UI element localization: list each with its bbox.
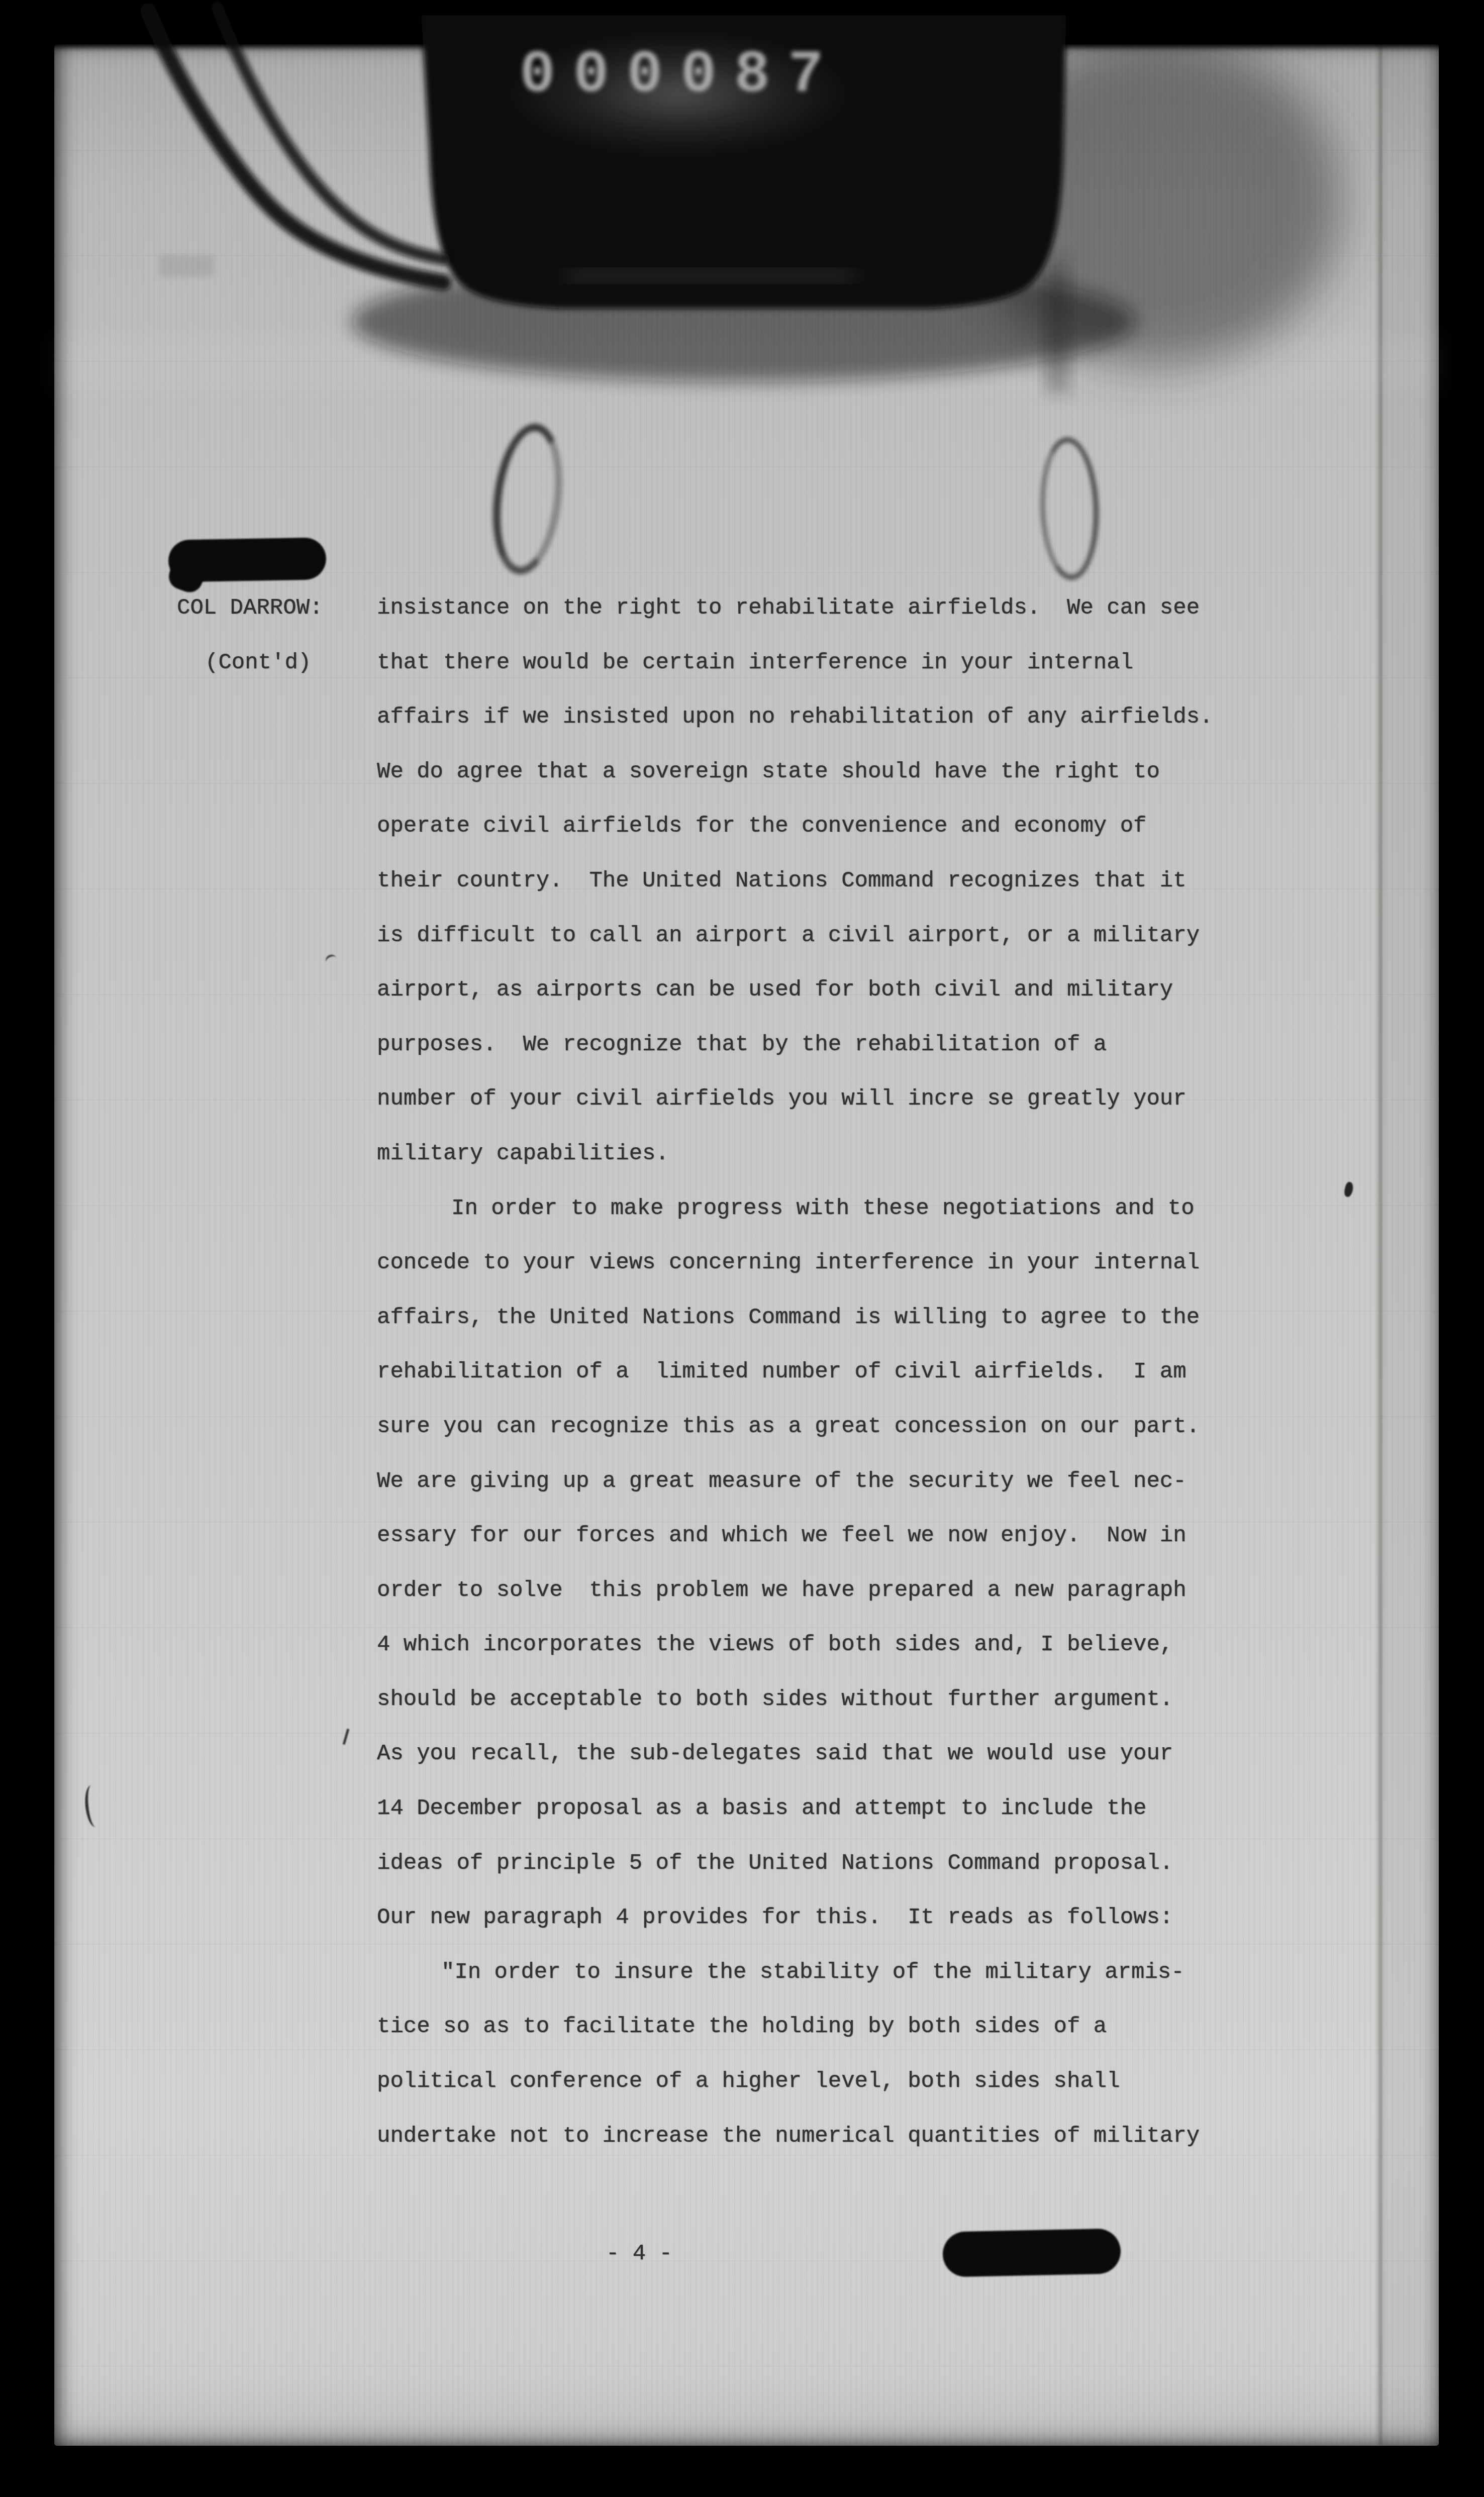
transcript-line: As you recall, the sub-delegates said th…	[377, 1727, 1281, 1781]
transcript-line: In order to make progress with these neg…	[377, 1181, 1281, 1236]
transcript-line: rehabilitation of a limited number of ci…	[377, 1345, 1281, 1400]
speaker-name: COL DARROW:	[177, 581, 323, 636]
transcript-line: that there would be certain interference…	[377, 636, 1281, 690]
transcript-line: their country. The United Nations Comman…	[377, 854, 1281, 909]
transcript-line: number of your civil airfields you will …	[377, 1072, 1281, 1127]
transcript-line: undertake not to increase the numerical …	[377, 2109, 1281, 2164]
transcript-line: We are giving up a great measure of the …	[377, 1454, 1281, 1509]
transcript-line: sure you can recognize this as a great c…	[377, 1400, 1281, 1454]
film-counter: 000087	[520, 42, 842, 109]
transcript-line: political conference of a higher level, …	[377, 2054, 1281, 2109]
transcript-line: operate civil airfields for the convenie…	[377, 799, 1281, 854]
transcript: insistance on the right to rehabilitate …	[377, 581, 1281, 2163]
transcript-line: airport, as airports can be used for bot…	[377, 963, 1281, 1018]
speaker-continued: (Cont'd)	[205, 636, 311, 690]
transcript-line: tice so as to facilitate the holding by …	[377, 2000, 1281, 2054]
film-frame: COL DARROW: (Cont'd) insistance on the r…	[0, 0, 1484, 2497]
transcript-line: Our new paragraph 4 provides for this. I…	[377, 1890, 1281, 1945]
transcript-line: affairs if we insisted upon no rehabilit…	[377, 690, 1281, 745]
transcript-line: "In order to insure the stability of the…	[377, 1945, 1281, 2000]
transcript-line: insistance on the right to rehabilitate …	[377, 581, 1281, 636]
transcript-line: 4 which incorporates the views of both s…	[377, 1618, 1281, 1672]
transcript-line: affairs, the United Nations Command is w…	[377, 1290, 1281, 1345]
device-shadow-edge	[1046, 261, 1068, 392]
transcript-line: We do agree that a sovereign state shoul…	[377, 745, 1281, 800]
transcript-line: concede to your views concerning interfe…	[377, 1236, 1281, 1290]
transcript-line: ideas of principle 5 of the United Natio…	[377, 1836, 1281, 1891]
transcript-line: 14 December proposal as a basis and atte…	[377, 1781, 1281, 1836]
redaction-mark-bottom	[942, 2228, 1121, 2277]
transcript-line: should be acceptable to both sides witho…	[377, 1672, 1281, 1727]
transcript-line: is difficult to call an airport a civil …	[377, 909, 1281, 963]
page-number: - 4 -	[606, 2227, 672, 2281]
transcript-line: order to solve this problem we have prep…	[377, 1563, 1281, 1618]
transcript-line: military capabilities.	[377, 1127, 1281, 1181]
transcript-line: essary for our forces and which we feel …	[377, 1509, 1281, 1563]
transcript-line: purposes. We recognize that by the rehab…	[377, 1018, 1281, 1072]
device-slot	[567, 271, 854, 280]
